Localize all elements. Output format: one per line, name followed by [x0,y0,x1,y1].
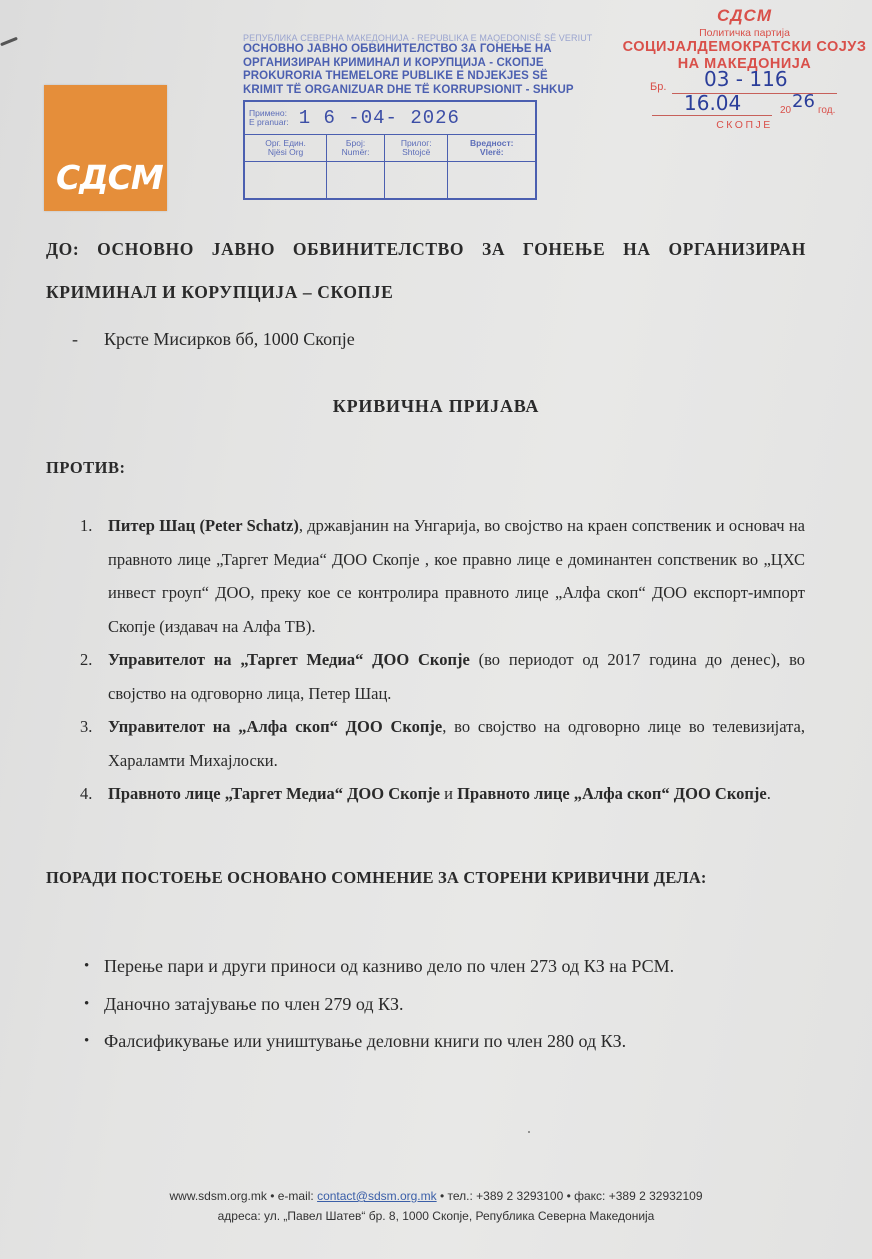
stamp-name-line1: СОЦИЈАЛДЕМОКРАТСКИ СОЈУЗ [622,39,867,56]
handwritten-number: 03 - 116 [704,67,788,91]
footer-fax: факс: +389 2 32932109 [574,1189,702,1203]
footer-address: адреса: ул. „Павел Шатев“ бр. 8, 1000 Ск… [0,1206,872,1226]
year-prefix: 20 [780,105,791,116]
cell-empty [448,162,536,200]
registry-stamp: РЕПУБЛИКА СЕВЕРНА МАКЕДОНИЈА - REPUBLIKA… [243,33,541,200]
party-item: 1.Питер Шац (Peter Schatz), државјанин н… [80,509,805,643]
stamp-number-row: Бр. 03 - 116 [622,73,867,95]
charges-list: Перење пари и други приноси од казниво д… [84,948,674,1061]
parties-list: 1.Питер Шац (Peter Schatz), државјанин н… [80,509,805,811]
stamp-table: Примено: E pranuar: 1 6 -04- 2026 Орг. Е… [243,100,537,200]
logo-text: СДСМ [56,158,163,197]
footer: www.sdsm.org.mk • e-mail: contact@sdsm.o… [0,1186,872,1226]
addressee-address: -Крсте Мисирков бб, 1000 Скопје [72,329,355,350]
stamp-line: PROKURORIA THEMELORE PUBLIKE E NDJEKJES … [243,70,541,84]
col-value: Вредност:Vlerë: [448,135,536,162]
party-item: 2.Управителот на „Таргет Медиа“ ДОО Скоп… [80,643,805,710]
stamp-city: СКОПЈЕ [622,119,867,131]
charge-item: Даночно затајување по член 279 од КЗ. [84,986,674,1024]
party-item: 3.Управителот на „Алфа скоп“ ДОО Скопје,… [80,710,805,777]
party-item: 4.Правното лице „Таргет Медиа“ ДОО Скопј… [80,777,805,811]
cell-empty [385,162,448,200]
stamp-logo: СДСМ [622,6,867,26]
party-stamp: СДСМ Политичка партија СОЦИЈАЛДЕМОКРАТСК… [622,6,867,131]
against-label: ПРОТИВ: [46,458,126,478]
cell-empty [327,162,385,200]
stamp-subtitle: Политичка партија [622,27,867,39]
stamp-header-faint: РЕПУБЛИКА СЕВЕРНА МАКЕДОНИЈА - REPUBLIKA… [243,33,541,43]
addressee: ДО: ОСНОВНО ЈАВНО ОБВИНИТЕЛСТВО ЗА ГОНЕЊ… [46,228,806,314]
stamp-line: ОСНОВНО ЈАВНО ОБВИНИТЕЛСТВО ЗА ГОНЕЊЕ НА [243,43,541,57]
address-text: Крсте Мисирков бб, 1000 Скопје [104,329,355,349]
document-title: КРИВИЧНА ПРИЈАВА [0,396,872,417]
handwritten-year: 26 [792,91,815,112]
pen-mark [0,37,18,47]
grounds-heading: ПОРАДИ ПОСТОЕЊЕ ОСНОВАНО СОМНЕНИЕ ЗА СТО… [46,860,766,895]
received-label: Примено: E pranuar: [246,109,289,127]
paper-speck [528,1131,530,1133]
number-label: Бр. [650,81,666,93]
address-dash: - [72,329,104,350]
year-suffix: год. [818,105,835,116]
handwritten-date: 16.04 [684,91,741,115]
stamp-line: KRIMIT TË ORGANIZUAR DHE TË KORRUPSIONIT… [243,84,541,98]
col-number: Број:Numër: [327,135,385,162]
charge-item: Перење пари и други приноси од казниво д… [84,948,674,986]
footer-email-link[interactable]: contact@sdsm.org.mk [317,1189,437,1203]
cell-empty [244,162,327,200]
stamp-line: ОРГАНИЗИРАН КРИМИНАЛ И КОРУПЦИЈА - СКОПЈ… [243,57,541,71]
footer-phone: тел.: +389 2 3293100 [448,1189,564,1203]
footer-website[interactable]: www.sdsm.org.mk [170,1189,267,1203]
col-org-unit: Орг. Един.Njësi Org [244,135,327,162]
received-date: 1 6 -04- 2026 [289,114,460,123]
footer-contact-line: www.sdsm.org.mk • e-mail: contact@sdsm.o… [0,1186,872,1206]
charge-item: Фалсификување или уништување деловни кни… [84,1023,674,1061]
received-cell: Примено: E pranuar: 1 6 -04- 2026 [244,101,536,135]
col-attachment: Прилог:Shtojcë [385,135,448,162]
sdsm-logo: СДСМ [44,85,167,211]
stamp-date-row: 16.04 20 26 год. [622,95,867,117]
